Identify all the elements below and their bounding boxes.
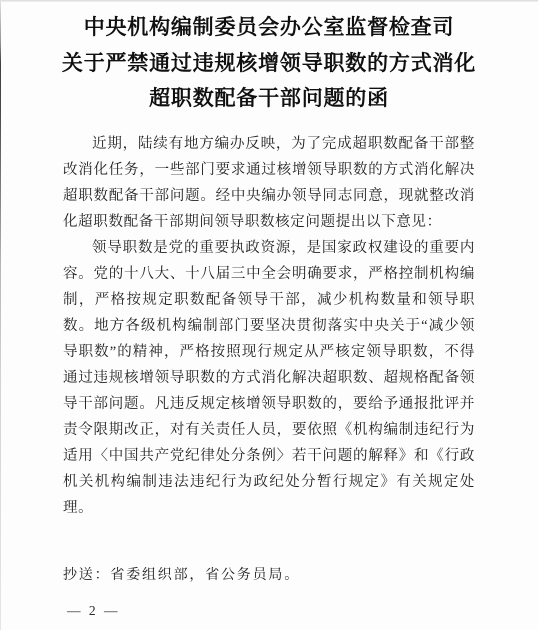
scan-artifact-top-edge xyxy=(0,0,538,2)
document-title-line-2: 关于严禁通过违规核增领导职数的方式消化 xyxy=(0,46,538,82)
document-body: 近期，陆续有地方编办反映，为了完成超职数配备干部整改消化任务，一些部门要求通过核… xyxy=(63,131,475,521)
cc-line: 抄送：省委组织部，省公务员局。 xyxy=(63,564,300,584)
document-page: 中央机构编制委员会办公室监督检查司 关于严禁通过违规核增领导职数的方式消化 超职… xyxy=(0,0,538,630)
body-paragraph-2: 领导职数是党的重要执政资源，是国家政权建设的重要内容。党的十八大、十八届三中全会… xyxy=(63,235,475,521)
document-title-line-1: 中央机构编制委员会办公室监督检查司 xyxy=(0,10,538,46)
document-title-line-3: 超职数配备干部问题的函 xyxy=(0,81,538,117)
page-number: — 2 — xyxy=(67,603,120,619)
document-title: 中央机构编制委员会办公室监督检查司 关于严禁通过违规核增领导职数的方式消化 超职… xyxy=(0,10,538,117)
body-paragraph-1: 近期，陆续有地方编办反映，为了完成超职数配备干部整改消化任务，一些部门要求通过核… xyxy=(63,131,475,235)
